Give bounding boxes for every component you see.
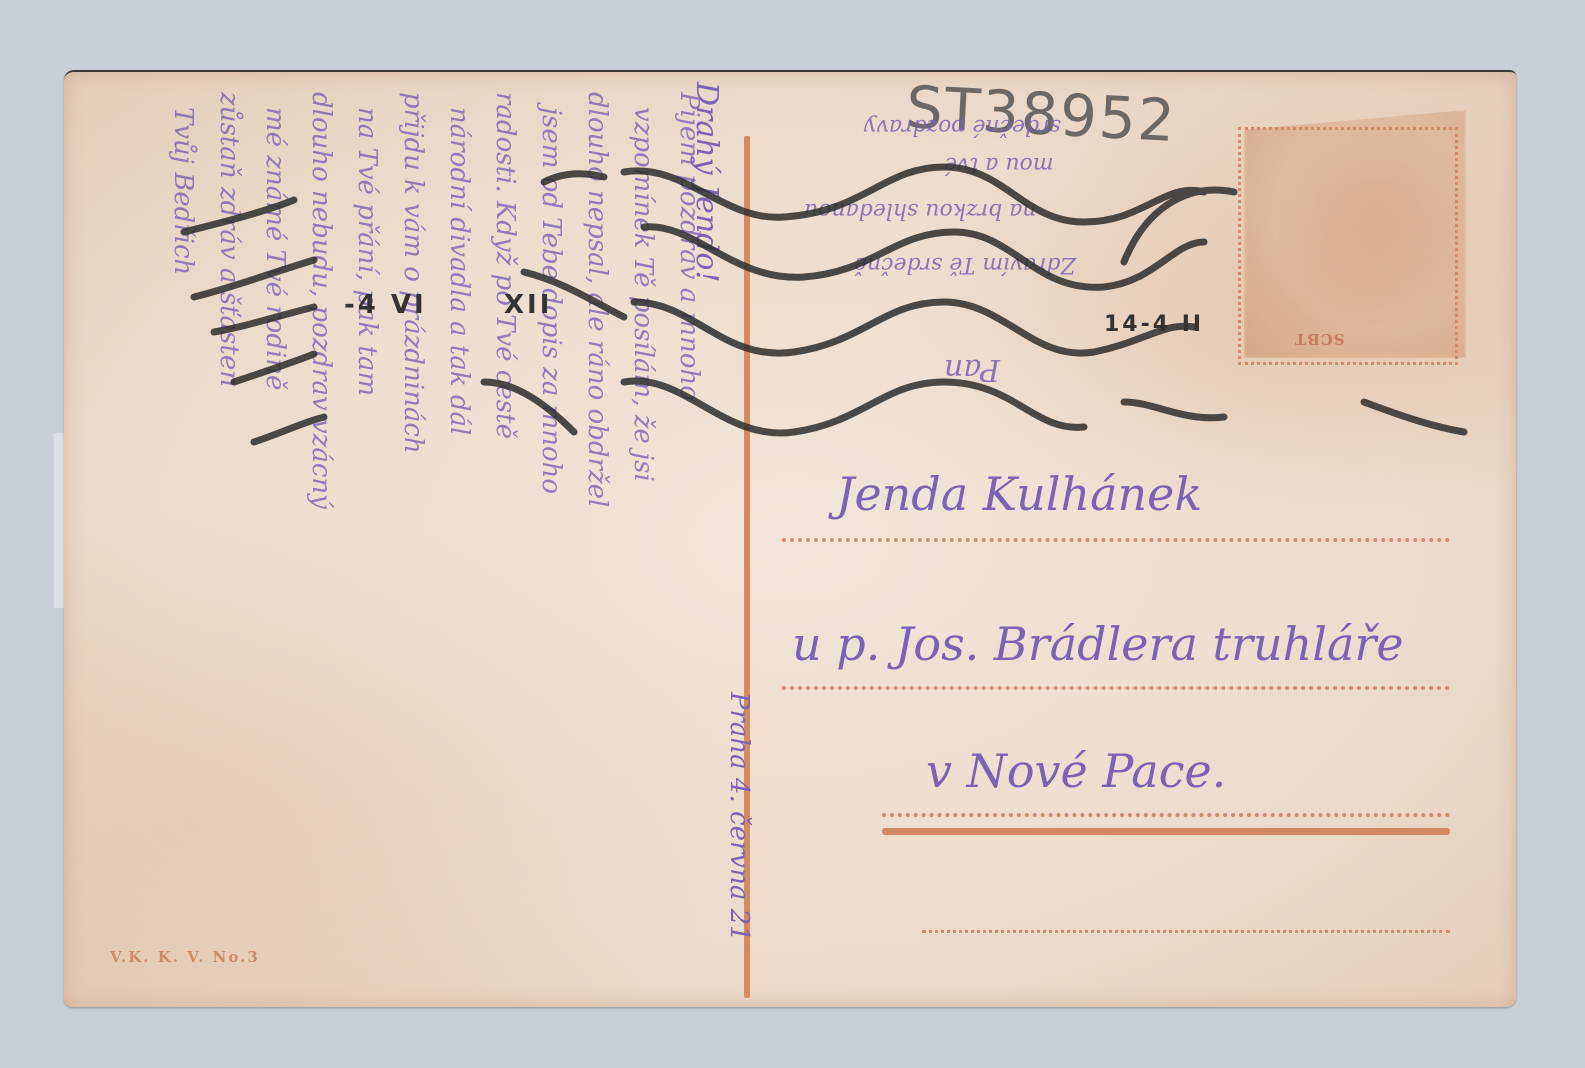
message-line: přijdu k vám o prázdninách [398, 92, 428, 454]
recipient-name: Jenda Kulhánek [836, 467, 1202, 521]
message-line: Pijem pozdrav a mnoho [674, 92, 704, 401]
message-line: na Tvé přání, pak tam [352, 107, 382, 396]
address-underline [882, 828, 1450, 835]
recipient-town: v Nové Pace. [926, 744, 1226, 798]
postmark-date-left: -4 VI [344, 290, 427, 320]
upside-note-3: na brzkou shledanou [804, 198, 1037, 223]
publisher-mark: V.K. K. V. No.3 [110, 948, 260, 966]
postmark-date-right: 14-4 II [1104, 312, 1204, 337]
upside-note-1: srdečné pozdravy [864, 114, 1061, 139]
message-line: mé známé Tvé rodině [260, 107, 290, 390]
message-line: radosti. Když po Tvé cestě [490, 92, 520, 439]
upside-note-2: mou a tvé [944, 152, 1054, 177]
postcard: SCBT V.K. K. V. No.3 ST38952 srdečné poz… [64, 70, 1516, 1007]
address-line-4 [922, 930, 1450, 933]
address-line-3 [882, 813, 1450, 817]
message-line: Tvůj Bedřich [168, 107, 198, 275]
stamp-box [1238, 127, 1458, 365]
address-line-1 [782, 538, 1450, 542]
address-line-2 [782, 686, 1450, 690]
message-line: dlouho nepsal, ale ráno obdržel [582, 92, 612, 507]
message-line: dlouho nebudu, pozdrav vzácný [306, 92, 336, 509]
message-line: vzpomínek Tě posílám, že jsi [628, 107, 658, 482]
postmark-date-mid: XII [504, 290, 552, 320]
message-line: zůstaň zdráv a šťasten [214, 92, 244, 387]
message-line: národní divadla a tak dál [444, 107, 474, 435]
upside-note-5: Pan [944, 352, 1000, 387]
message-date-place: Praha 4. června 21 [724, 692, 754, 942]
upside-note-4: Zdravím Tě srdečně [854, 252, 1076, 277]
stamp-value: SCBT [1294, 330, 1345, 348]
recipient-care-of: u p. Jos. Brádlera truhláře [792, 617, 1404, 671]
